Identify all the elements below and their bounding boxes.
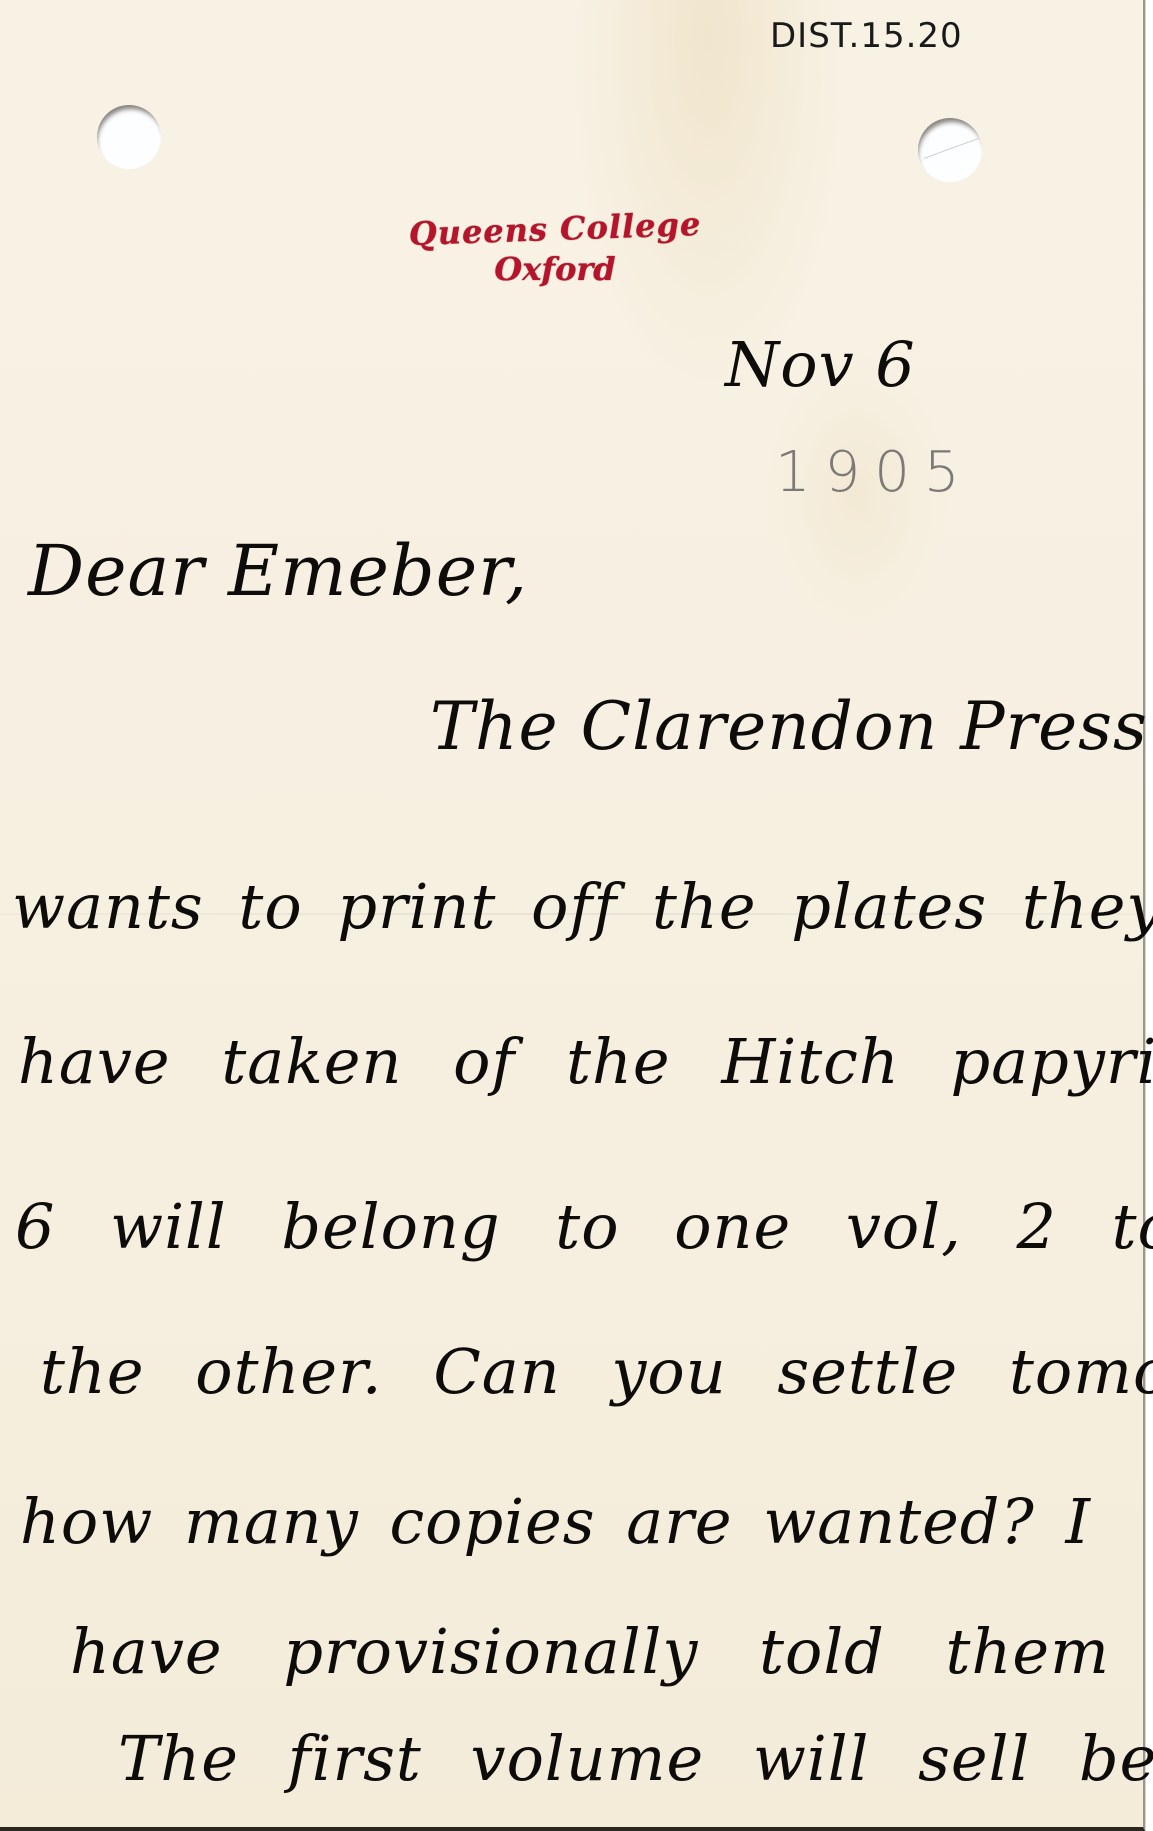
- salutation: Dear Emeber,: [28, 530, 528, 612]
- year-annotation: 1905: [775, 440, 974, 505]
- archive-reference: DIST.15.20: [770, 16, 963, 56]
- body-line: wants to print off the plates they: [12, 870, 1153, 943]
- letterhead: Queens College Oxford: [400, 210, 710, 288]
- body-line: The Clarendon Press: [430, 688, 1148, 765]
- body-line: the other. Can you settle tomorrow: [40, 1335, 1153, 1408]
- body-line: have provisionally told them 750.: [70, 1615, 1153, 1688]
- body-line: The first volume will sell better: [118, 1722, 1153, 1795]
- letter-date: Nov 6: [725, 328, 916, 401]
- body-line: 6 will belong to one vol, 2 to: [15, 1190, 1153, 1263]
- letter-page: DIST.15.20 Queens College Oxford Nov 6 1…: [0, 0, 1145, 1831]
- letterhead-college: Queens College: [399, 205, 710, 254]
- letterhead-city: Oxford: [400, 250, 710, 288]
- punch-hole-right: [918, 118, 982, 182]
- body-line: how many copies are wanted? I: [20, 1485, 1091, 1558]
- body-line: have taken of the Hitch papyri.: [18, 1025, 1153, 1098]
- punch-hole-left: [97, 105, 161, 169]
